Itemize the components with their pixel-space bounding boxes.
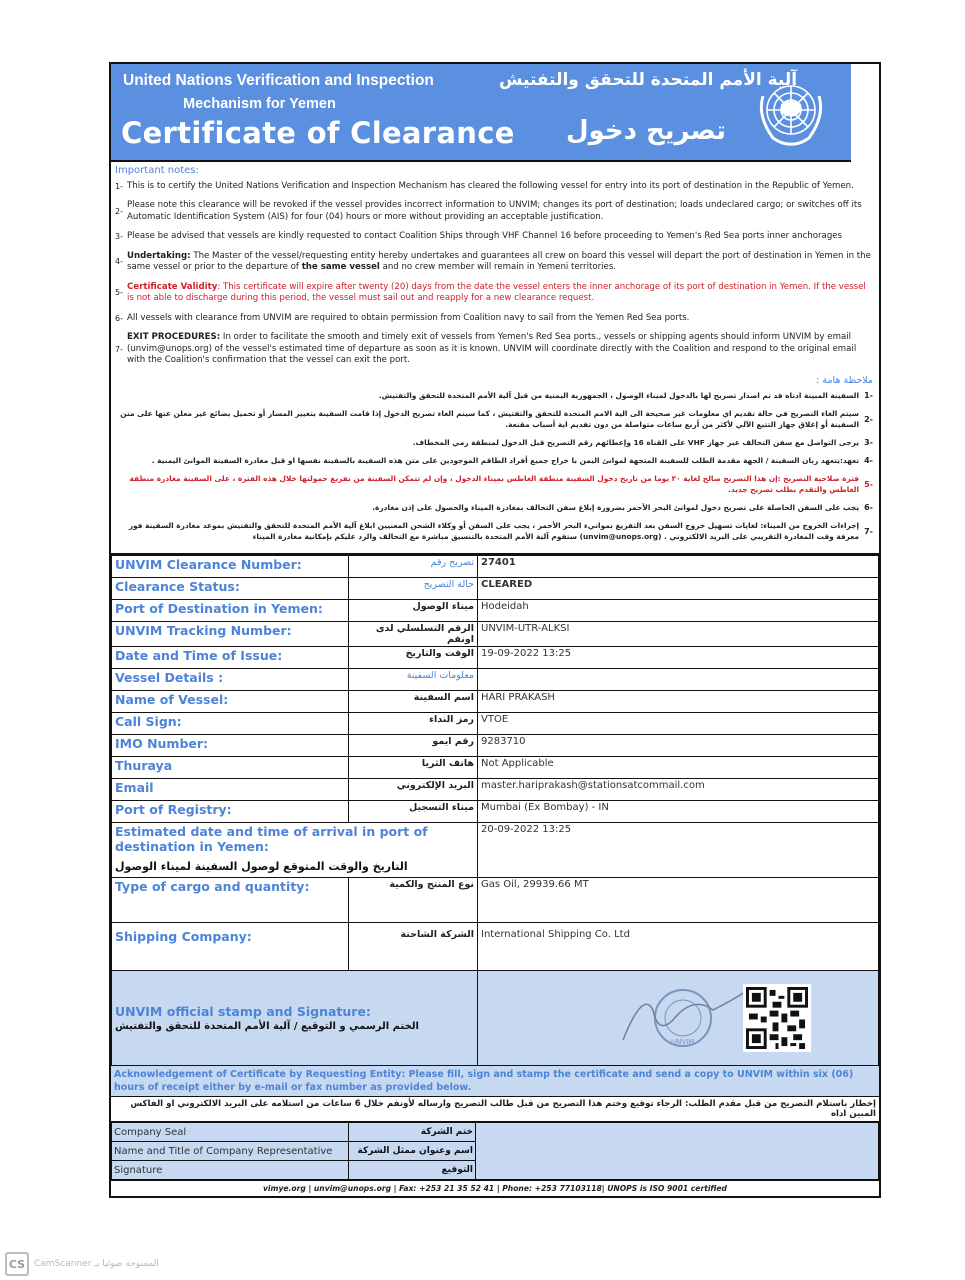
note-text-ar: تعهد:يتعهد ربان السفينة / الجهة مقدمة ال…	[115, 455, 859, 466]
stamp-label-cell: UNVIM official stamp and Signature: الخت…	[112, 971, 478, 1066]
field-value: 9283710	[478, 735, 879, 757]
cargo-label: Type of cargo and quantity:	[112, 878, 349, 923]
note-number: -7	[859, 520, 873, 542]
note-item-ar: -6يجب على السفن الحاصلة على تصريح دخول ل…	[115, 502, 873, 513]
note-text: Please be advised that vessels are kindl…	[127, 231, 873, 243]
sign-label-ar: اسم وعنوان ممثل الشركة	[349, 1142, 476, 1161]
note-text: Please note this clearance will be revok…	[127, 200, 873, 223]
field-value: HARI PRAKASH	[478, 691, 879, 713]
note-text-ar: يرجى التواصل مع سفن التحالف عبر جهاز VHF…	[115, 437, 859, 448]
camscanner-logo-icon: CS	[5, 1252, 29, 1276]
note-item-ar: -5فترة صلاحية التصريح :إن هذا التصريح صا…	[115, 473, 873, 495]
note-text-ar: فترة صلاحية التصريح :إن هذا التصريح صالح…	[115, 473, 859, 495]
note-number: -5	[859, 473, 873, 495]
table-row-stamp: UNVIM official stamp and Signature: الخت…	[112, 971, 879, 1066]
eta-value: 20-09-2022 13:25	[478, 823, 879, 878]
note-item: 7-EXIT PROCEDURES: In order to facilitat…	[115, 332, 873, 367]
table-row: Clearance Status:حالة التصريحCLEARED	[112, 578, 879, 600]
table-row: UNVIM Tracking Number:الرقم التسلسلي لدى…	[112, 622, 879, 647]
field-label-ar: الوقت والتاريخ	[349, 647, 478, 669]
field-label-ar: ميناء التسجيل	[349, 801, 478, 823]
note-text-ar: السفينة المبينة ادناه قد تم اصدار تصريح …	[115, 390, 859, 401]
official-stamp-signature-icon: UNVIM	[613, 980, 753, 1058]
field-label-ar: حالة التصريح	[349, 578, 478, 600]
field-label: Call Sign:	[112, 713, 349, 735]
table-row-cargo: Type of cargo and quantity: نوع المنتج و…	[112, 878, 879, 923]
cargo-value: Gas Oil, 29939.66 MT	[478, 878, 879, 923]
camscanner-text: CamScanner المسوحة ضوئيا بـ	[34, 1259, 159, 1269]
notes-title-ar: ملاحظة هامة :	[115, 375, 873, 387]
field-label-ar: البريد الإلكتروني	[349, 779, 478, 801]
certificate-title-ar: تصريح دخول	[566, 116, 726, 146]
field-label: UNVIM Clearance Number:	[112, 556, 349, 578]
field-label: UNVIM Tracking Number:	[112, 622, 349, 647]
field-label-ar: الرقم التسلسلي لدى اونفم	[349, 622, 478, 647]
org-name-en-line1: United Nations Verification and Inspecti…	[123, 72, 434, 90]
stamp-label: UNVIM official stamp and Signature:	[115, 1004, 474, 1019]
acknowledgement-ar: إخطار باستلام التصريح من قبل مقدم الطلب:…	[111, 1097, 879, 1122]
un-emblem-icon	[751, 72, 831, 152]
cargo-label-ar: نوع المنتج والكمية	[349, 878, 478, 923]
note-number: -6	[859, 502, 873, 513]
note-item-ar: -2سيتم الغاء التصريح في حالة تقديم اي مع…	[115, 408, 873, 430]
table-row: UNVIM Clearance Number:تصريح رقم27401	[112, 556, 879, 578]
note-number: 1-	[115, 181, 127, 193]
note-text-ar: إجراءات الخروج من الميناء: لغايات تسهيل …	[115, 520, 859, 542]
sign-label-ar: التوقيع	[349, 1161, 476, 1180]
note-item: 2-Please note this clearance will be rev…	[115, 200, 873, 223]
eta-label-cell: Estimated date and time of arrival in po…	[112, 823, 478, 878]
field-label: Thuraya	[112, 757, 349, 779]
note-number: 6-	[115, 313, 127, 325]
note-number: 7-	[115, 332, 127, 367]
table-row: Name of Vessel:اسم السفينةHARI PRAKASH	[112, 691, 879, 713]
important-notes: Important notes: 1-This is to certify th…	[111, 162, 879, 555]
note-number: -3	[859, 437, 873, 448]
note-item: 4-Undertaking: The Master of the vessel/…	[115, 251, 873, 274]
field-value: 27401	[478, 556, 879, 578]
note-item-ar: -7إجراءات الخروج من الميناء: لغايات تسهي…	[115, 520, 873, 542]
field-value: UNVIM-UTR-ALKSI	[478, 622, 879, 647]
svg-text:UNVIM: UNVIM	[671, 1038, 694, 1046]
acknowledgement-en: Acknowledgement of Certificate by Reques…	[111, 1066, 879, 1097]
sign-row: Company Sealختم الشركة	[112, 1123, 879, 1142]
note-item-ar: -4تعهد:يتعهد ربان السفينة / الجهة مقدمة …	[115, 455, 873, 466]
shipping-label-ar: الشركة الشاحنة	[349, 923, 478, 971]
clearance-details-table: UNVIM Clearance Number:تصريح رقم27401Cle…	[111, 555, 879, 1066]
note-item: 1-This is to certify the United Nations …	[115, 181, 873, 193]
field-label-ar: تصريح رقم	[349, 556, 478, 578]
field-value: Mumbai (Ex Bombay) - IN	[478, 801, 879, 823]
qr-code[interactable]	[743, 984, 811, 1052]
field-value: Hodeidah	[478, 600, 879, 622]
stamp-label-ar: الختم الرسمي و التوقيع / آلية الأمم المت…	[115, 1021, 474, 1032]
shipping-label: Shipping Company:	[112, 923, 349, 971]
field-value: master.hariprakash@stationsatcommail.com	[478, 779, 879, 801]
table-row: Port of Registry:ميناء التسجيلMumbai (Ex…	[112, 801, 879, 823]
note-item-ar: -1السفينة المبينة ادناه قد تم اصدار تصري…	[115, 390, 873, 401]
stamp-cell: UNVIM	[478, 971, 879, 1066]
table-row: IMO Number:رقم ايمو9283710	[112, 735, 879, 757]
eta-label: Estimated date and time of arrival in po…	[115, 824, 474, 854]
field-label-ar: ميناء الوصول	[349, 600, 478, 622]
table-row: Vessel Details :معلومات السفينة	[112, 669, 879, 691]
table-row: Port of Destination in Yemen:ميناء الوصو…	[112, 600, 879, 622]
note-text: This is to certify the United Nations Ve…	[127, 181, 873, 193]
header-margin	[851, 64, 879, 160]
status-badge: CLEARED	[478, 578, 879, 600]
table-row: Emailالبريد الإلكترونيmaster.hariprakash…	[112, 779, 879, 801]
field-label-ar: رمز النداء	[349, 713, 478, 735]
table-row-eta: Estimated date and time of arrival in po…	[112, 823, 879, 878]
requesting-entity-sign-table: Company Sealختم الشركةName and Title of …	[111, 1122, 879, 1180]
field-label: Date and Time of Issue:	[112, 647, 349, 669]
field-label-ar: رقم ايمو	[349, 735, 478, 757]
note-number: 5-	[115, 282, 127, 305]
certificate-page: United Nations Verification and Inspecti…	[109, 62, 881, 1198]
contact-footer: vimye.org | unvim@unops.org | Fax: +253 …	[111, 1180, 879, 1196]
eta-label-ar: التاريخ والوقت المتوقع لوصول السفينة لمي…	[115, 860, 474, 873]
certificate-header: United Nations Verification and Inspecti…	[111, 64, 851, 162]
note-item: 3-Please be advised that vessels are kin…	[115, 231, 873, 243]
sign-label: Company Seal	[112, 1123, 349, 1142]
note-number: -1	[859, 390, 873, 401]
field-label: Vessel Details :	[112, 669, 349, 691]
field-label-ar: هاتف الثريا	[349, 757, 478, 779]
table-row: Thurayaهاتف الثرياNot Applicable	[112, 757, 879, 779]
note-text: EXIT PROCEDURES: In order to facilitate …	[127, 332, 873, 367]
notes-title-en: Important notes:	[115, 165, 873, 177]
field-label: Port of Registry:	[112, 801, 349, 823]
camscanner-watermark: CS CamScanner المسوحة ضوئيا بـ	[5, 1252, 159, 1276]
field-label: IMO Number:	[112, 735, 349, 757]
field-label-ar: معلومات السفينة	[349, 669, 478, 691]
note-number: 3-	[115, 231, 127, 243]
field-label: Name of Vessel:	[112, 691, 349, 713]
sign-label-ar: ختم الشركة	[349, 1123, 476, 1142]
field-value: VTOE	[478, 713, 879, 735]
table-row: Date and Time of Issue:الوقت والتاريخ19-…	[112, 647, 879, 669]
note-number: -2	[859, 408, 873, 430]
note-text: Certificate Validity: This certificate w…	[127, 282, 873, 305]
note-item: 5-Certificate Validity: This certificate…	[115, 282, 873, 305]
org-name-en-line2: Mechanism for Yemen	[183, 96, 336, 112]
field-label: Email	[112, 779, 349, 801]
certificate-title-en: Certificate of Clearance	[121, 116, 515, 150]
table-row: Call Sign:رمز النداءVTOE	[112, 713, 879, 735]
sign-entry-area[interactable]	[476, 1123, 879, 1180]
note-text: All vessels with clearance from UNVIM ar…	[127, 313, 873, 325]
note-text: Undertaking: The Master of the vessel/re…	[127, 251, 873, 274]
note-item: 6-All vessels with clearance from UNVIM …	[115, 313, 873, 325]
field-value: Not Applicable	[478, 757, 879, 779]
field-label-ar: اسم السفينة	[349, 691, 478, 713]
note-number: -4	[859, 455, 873, 466]
table-row-shipping: Shipping Company: الشركة الشاحنة Interna…	[112, 923, 879, 971]
shipping-value: International Shipping Co. Ltd	[478, 923, 879, 971]
field-label: Port of Destination in Yemen:	[112, 600, 349, 622]
note-item-ar: -3يرجى التواصل مع سفن التحالف عبر جهاز V…	[115, 437, 873, 448]
note-number: 4-	[115, 251, 127, 274]
note-text-ar: سيتم الغاء التصريح في حالة تقديم اي معلو…	[115, 408, 859, 430]
note-text-ar: يجب على السفن الحاصلة على تصريح دخول لمو…	[115, 502, 859, 513]
field-value: 19-09-2022 13:25	[478, 647, 879, 669]
field-label: Clearance Status:	[112, 578, 349, 600]
note-number: 2-	[115, 200, 127, 223]
sign-label: Signature	[112, 1161, 349, 1180]
sign-label: Name and Title of Company Representative	[112, 1142, 349, 1161]
field-value	[478, 669, 879, 691]
